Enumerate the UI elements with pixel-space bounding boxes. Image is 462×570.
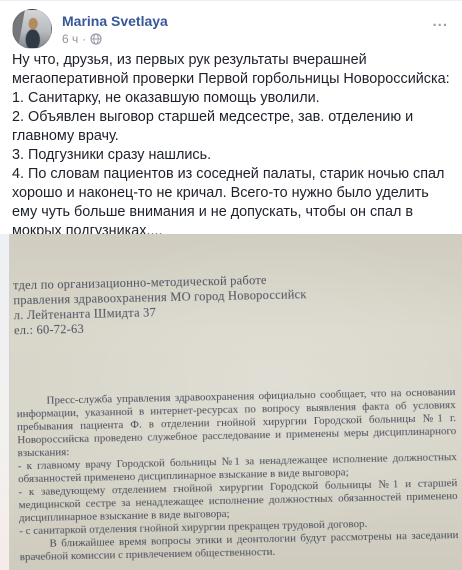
post-paragraph: Ну что, друзья, из первых рук результаты…	[12, 51, 452, 89]
post-card: Marina Svetlaya 6 ч · ... Ну что, друзья…	[0, 0, 462, 570]
document-body: Пресс-служба управления здравоохранения …	[16, 386, 458, 564]
post-paragraph: 1. Санитарку, не оказавшую помощь уволил…	[12, 89, 452, 108]
document-paragraph: Пресс-служба управления здравоохранения …	[16, 386, 456, 460]
globe-icon	[90, 33, 102, 45]
post-paragraph: 2. Объявлен выговор старшей медсестре, з…	[12, 108, 452, 146]
post-header: Marina Svetlaya 6 ч · ...	[12, 9, 450, 49]
photo-left-edge	[0, 234, 10, 570]
attached-document-photo[interactable]: тдел по организационно-методической рабо…	[0, 234, 462, 570]
post-paragraph: 3. Подгузники сразу нашлись.	[12, 146, 452, 165]
avatar[interactable]	[12, 9, 52, 49]
document-content: тдел по организационно-методической рабо…	[10, 234, 462, 564]
more-options-icon[interactable]: ...	[430, 15, 450, 29]
timestamp-link[interactable]: 6 ч	[62, 32, 78, 46]
author-name-link[interactable]: Marina Svetlaya	[62, 13, 168, 29]
post-text: Ну что, друзья, из первых рук результаты…	[12, 51, 452, 260]
document-letterhead: тдел по организационно-методической рабо…	[13, 269, 460, 338]
post-meta: 6 ч ·	[62, 32, 102, 46]
meta-separator: ·	[82, 32, 86, 46]
post-paragraph: 4. По словам пациентов из соседней палат…	[12, 165, 452, 241]
